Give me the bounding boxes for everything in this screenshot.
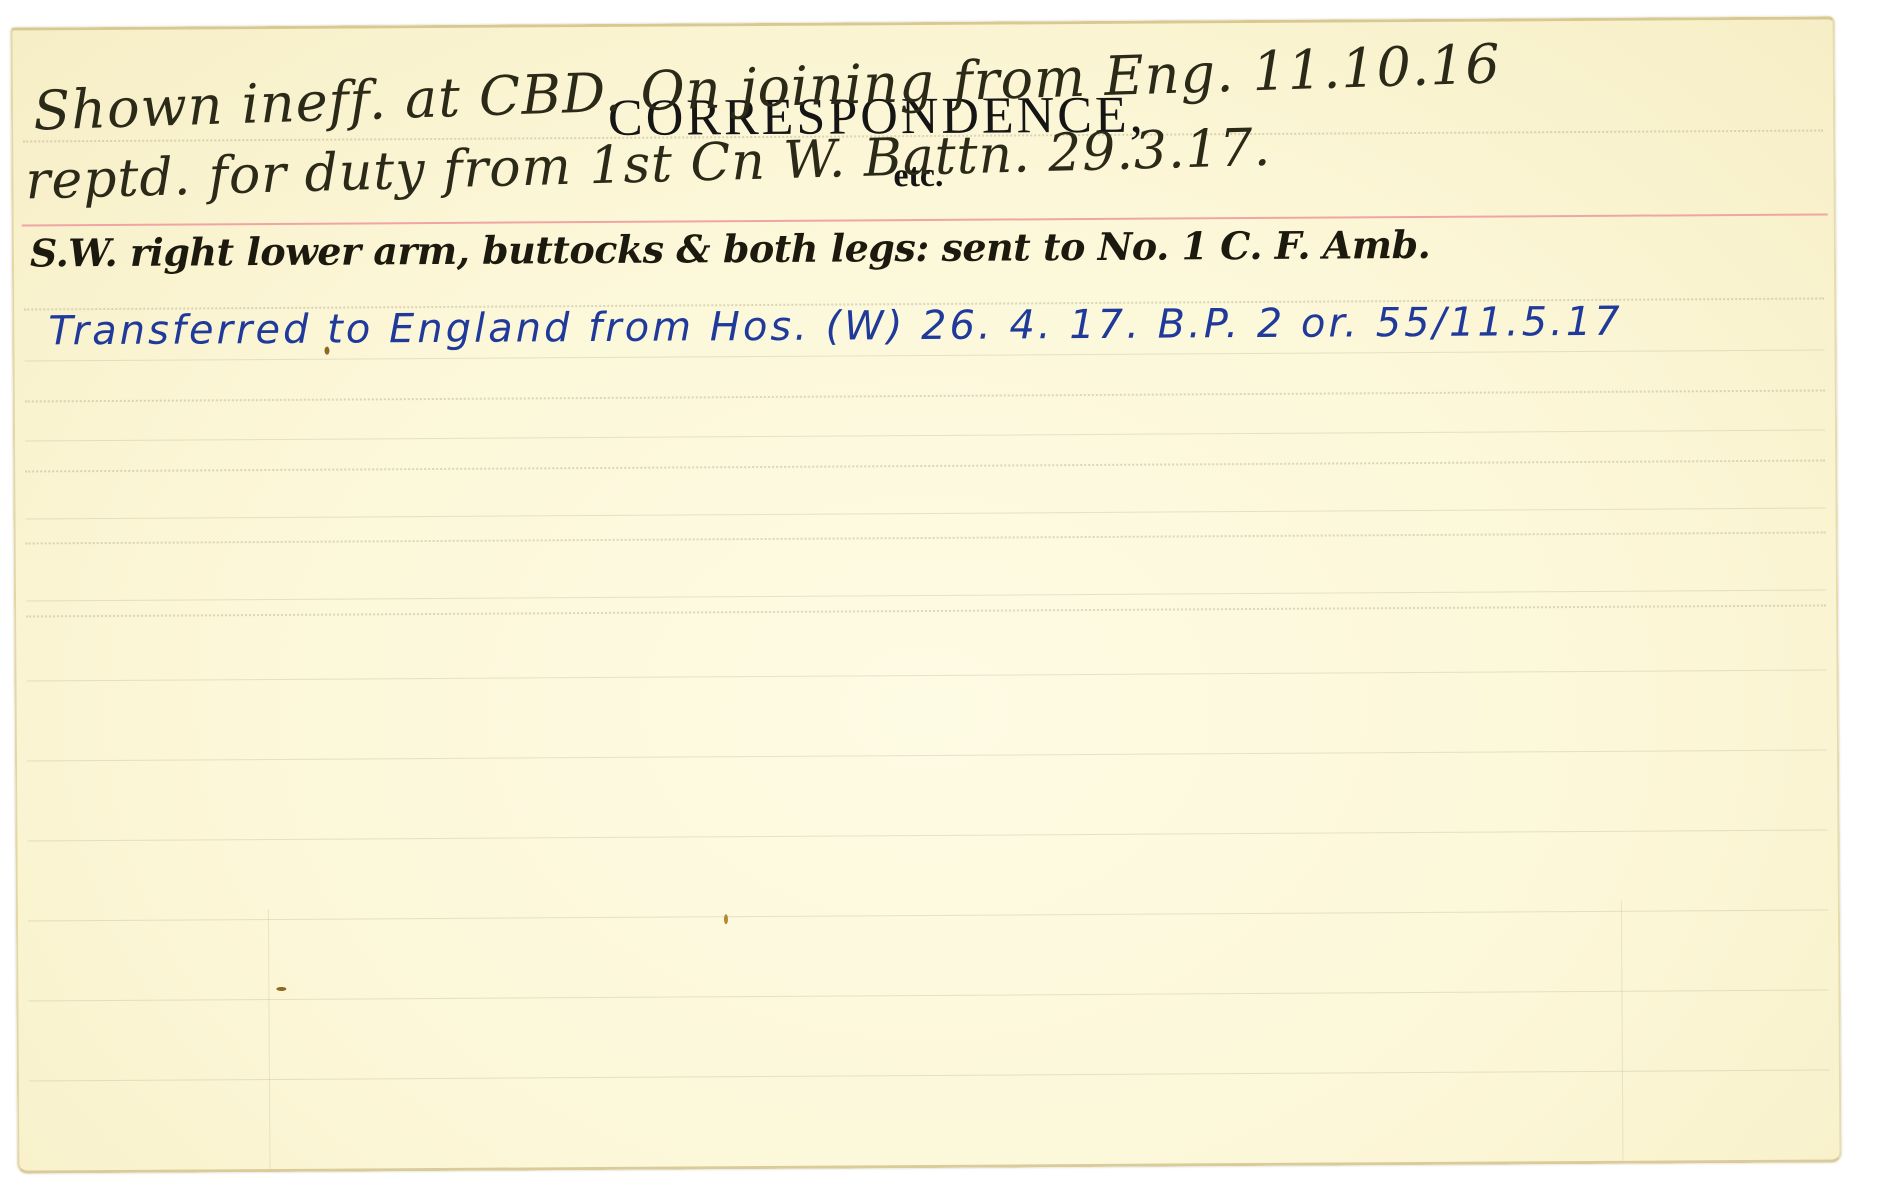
ruled-line	[28, 909, 1828, 921]
ink-stain	[724, 914, 728, 924]
index-card: CORRESPONDENCE, etc. Shown ineff. at CBD…	[11, 16, 1842, 1173]
ruled-line	[29, 1069, 1829, 1081]
column-rule	[268, 909, 271, 1169]
ruled-line	[27, 829, 1827, 841]
column-rule	[1621, 901, 1624, 1161]
handwritten-entry-blue: Transferred to England from Hos. (W) 26.…	[48, 299, 1623, 355]
ink-stain	[324, 347, 329, 355]
ink-stain	[276, 987, 286, 991]
ruled-line	[26, 508, 1826, 520]
dotted-guide-line	[26, 532, 1826, 545]
ruled-line	[27, 749, 1827, 761]
dotted-guide-line	[25, 390, 1825, 403]
handwritten-entry: S.W. right lower arm, buttocks & both le…	[30, 222, 1431, 276]
ruled-line	[28, 989, 1828, 1001]
ruled-line	[26, 590, 1826, 602]
dotted-guide-line	[25, 460, 1825, 473]
ruled-line	[27, 670, 1827, 682]
dotted-guide-line	[26, 605, 1826, 618]
ruled-line	[25, 430, 1825, 442]
